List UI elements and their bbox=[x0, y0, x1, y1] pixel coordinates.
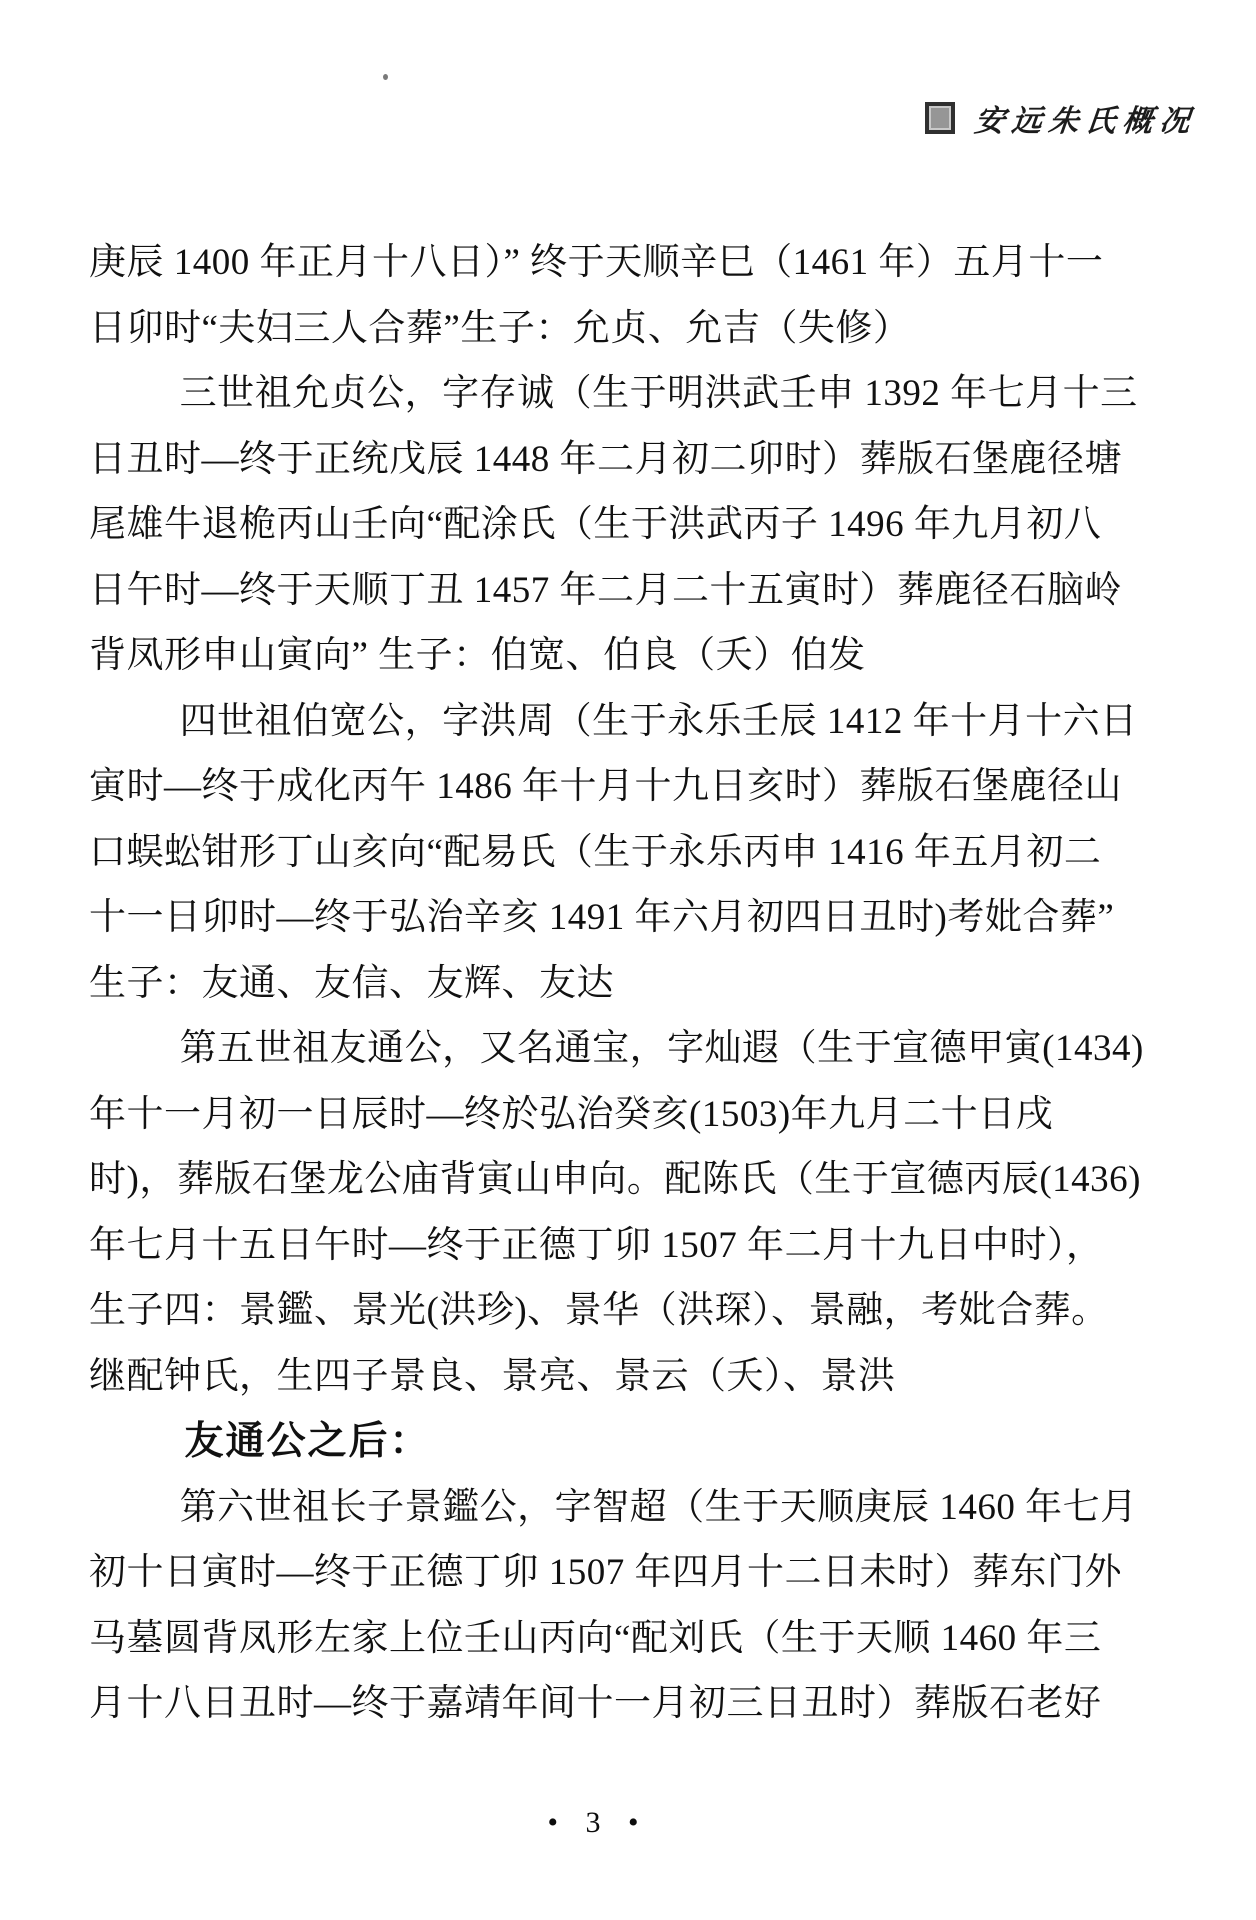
page-footer: • 3 • bbox=[89, 1806, 1107, 1840]
text-line: 马墓圆背凤形左家上位壬山丙向“配刘氏（生于天顺 1460 年三 bbox=[89, 1606, 1107, 1672]
running-header-title: 安远朱氏概况 bbox=[973, 96, 1200, 140]
text-line: 第六世祖长子景鑑公，字智超（生于天顺庚辰 1460 年七月 bbox=[89, 1475, 1107, 1541]
text-line: 十一日卯时—终于弘治辛亥 1491 年六月初四日丑时)考妣合葬” bbox=[89, 885, 1107, 951]
filled-square-icon bbox=[925, 102, 955, 134]
text-line: 日午时—终于天顺丁丑 1457 年二月二十五寅时）葬鹿径石脑岭 bbox=[89, 558, 1107, 624]
text-line: 寅时—终于成化丙午 1486 年十月十九日亥时）葬版石堡鹿径山 bbox=[89, 754, 1107, 820]
text-line: 初十日寅时—终于正德丁卯 1507 年四月十二日未时）葬东门外 bbox=[89, 1540, 1107, 1606]
text-line: 日丑时—终于正统戊辰 1448 年二月初二卯时）葬版石堡鹿径塘 bbox=[89, 427, 1107, 493]
text-line: 生子：友通、友信、友辉、友达 bbox=[89, 951, 1107, 1017]
text-line: 年十一月初一日辰时—终於弘治癸亥(1503)年九月二十日戌 bbox=[89, 1082, 1107, 1148]
text-line: 三世祖允贞公，字存诚（生于明洪武壬申 1392 年七月十三 bbox=[89, 361, 1107, 427]
text-line: 口蜈蚣钳形丁山亥向“配易氏（生于永乐丙申 1416 年五月初二 bbox=[89, 820, 1107, 886]
text-line: 生子四：景鑑、景光(洪珍)、景华（洪琛）、景融，考妣合葬。 bbox=[89, 1278, 1107, 1344]
text-line: 继配钟氏，生四子景良、景亮、景云（夭）、景洪 bbox=[89, 1344, 1107, 1410]
section-heading: 友通公之后： bbox=[89, 1409, 1107, 1475]
text-line: 月十八日丑时—终于嘉靖年间十一月初三日丑时）葬版石老好 bbox=[89, 1671, 1107, 1737]
scan-speck-artifact bbox=[383, 74, 388, 80]
text-line: 日卯时“夫妇三人合葬”生子：允贞、允吉（失修） bbox=[89, 296, 1107, 362]
document-page: 安远朱氏概况 庚辰 1400 年正月十八日）” 终于天顺辛巳（1461 年）五月… bbox=[0, 0, 1256, 1920]
text-line: 时)，葬版石堡龙公庙背寅山申向。配陈氏（生于宣德丙辰(1436) bbox=[89, 1147, 1107, 1213]
text-line: 年七月十五日午时—终于正德丁卯 1507 年二月十九日中时）， bbox=[89, 1213, 1107, 1279]
running-header: 安远朱氏概况 bbox=[925, 96, 1197, 140]
text-line: 尾雄牛退桅丙山壬向“配涂氏（生于洪武丙子 1496 年九月初八 bbox=[89, 492, 1107, 558]
page-number: • 3 • bbox=[547, 1806, 648, 1839]
text-line: 第五世祖友通公，又名通宝，字灿遐（生于宣德甲寅(1434) bbox=[89, 1016, 1107, 1082]
body-text: 庚辰 1400 年正月十八日）” 终于天顺辛巳（1461 年）五月十一 日卯时“… bbox=[89, 230, 1107, 1737]
text-line: 背凤形申山寅向” 生子：伯宽、伯良（夭）伯发 bbox=[89, 623, 1107, 689]
text-line: 庚辰 1400 年正月十八日）” 终于天顺辛巳（1461 年）五月十一 bbox=[89, 230, 1107, 296]
text-line: 四世祖伯宽公，字洪周（生于永乐壬辰 1412 年十月十六日 bbox=[89, 689, 1107, 755]
